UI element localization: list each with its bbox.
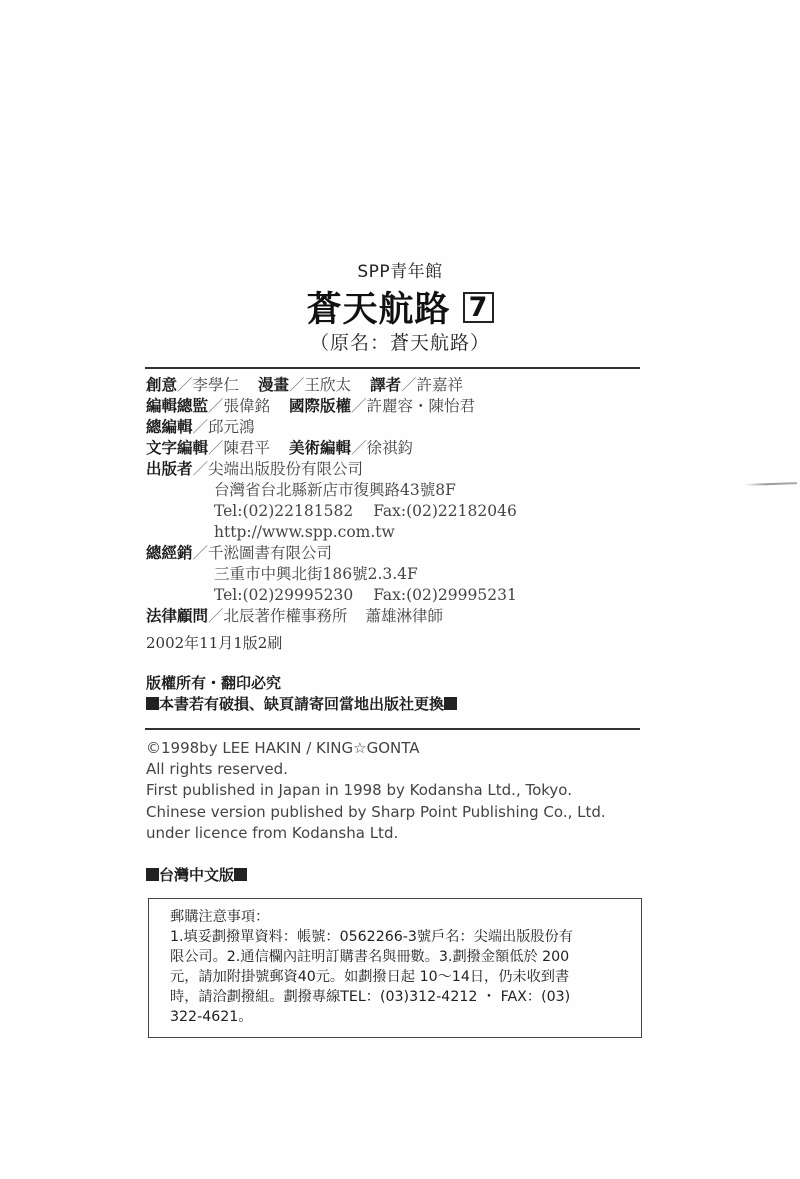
- separator: ／: [351, 439, 367, 457]
- credit-role: 美術編輯: [289, 439, 351, 457]
- separator: ／: [208, 439, 224, 457]
- rights-block: 版權所有・翻印必究 本書若有破損、缺頁請寄回當地出版社更換: [146, 673, 457, 715]
- credit-role: 譯者: [370, 376, 401, 394]
- credit-role: 漫畫: [258, 376, 289, 394]
- mail-order-line: 時，請洽劃撥組。劃撥專線TEL：(03)312-4212 ・ FAX：(03): [170, 987, 627, 1007]
- black-square-icon: [146, 868, 159, 881]
- distributor-row: 總經銷／千淞圖書有限公司: [146, 543, 517, 564]
- legal-firm: 北辰著作權事務所: [224, 607, 348, 625]
- mail-order-line: 元，請加附掛號郵資40元。如劃撥日起 10～14日，仍未收到書: [170, 967, 627, 987]
- distributor-name: 千淞圖書有限公司: [208, 544, 332, 562]
- distributor-address-row: 三重市中興北街186號2.3.4F: [146, 564, 517, 585]
- credit-role: 文字編輯: [146, 439, 208, 457]
- publisher-url-row: http://www.spp.com.tw: [146, 522, 517, 543]
- publisher-address-row: 台灣省台北縣新店市復興路43號8F: [146, 480, 517, 501]
- credit-name: 邱元鴻: [208, 418, 255, 436]
- credit-role: 國際版權: [289, 397, 351, 415]
- credit-row: 文字編輯／陳君平 美術編輯／徐祺鈞: [146, 438, 517, 459]
- distributor-contact-row: Tel:(02)29995230Fax:(02)29995231: [146, 585, 517, 606]
- credit-row: 編輯總監／張偉銘 國際版權／許麗容・陳怡君: [146, 396, 517, 417]
- black-square-icon: [444, 697, 457, 710]
- credits-block: 創意／李學仁 漫畫／王欣太 譯者／許嘉祥 編輯總監／張偉銘 國際版權／許麗容・陳…: [146, 375, 517, 627]
- separator: ／: [401, 376, 417, 394]
- book-title: 蒼天航路: [306, 282, 450, 332]
- distributor-fax: Fax:(02)29995231: [373, 586, 517, 604]
- publisher-role: 出版者: [146, 460, 193, 478]
- imprint-label: SPP青年館: [0, 257, 800, 282]
- print-date: 2002年11月1版2刷: [146, 632, 282, 653]
- publisher-url[interactable]: http://www.spp.com.tw: [214, 523, 395, 541]
- copyright-line: Chinese version published by Sharp Point…: [146, 802, 606, 823]
- credit-name: 王欣太: [305, 376, 352, 394]
- distributor-tel: Tel:(02)29995230: [214, 586, 353, 604]
- credit-row: 創意／李學仁 漫畫／王欣太 譯者／許嘉祥: [146, 375, 517, 396]
- mail-order-notice: 郵購注意事項： 1.填妥劃撥單資料：帳號：0562266-3號戶名：尖端出版股份…: [148, 898, 642, 1038]
- mail-order-line: 限公司。2.通信欄內註明訂購書名與冊數。3.劃撥金額低於 200: [170, 947, 627, 967]
- volume-badge: 7: [463, 292, 494, 323]
- publisher-tel: Tel:(02)22181582: [214, 502, 353, 520]
- edition-text: 台灣中文版: [159, 866, 234, 884]
- return-notice-text: 本書若有破損、缺頁請寄回當地出版社更換: [159, 695, 444, 713]
- black-square-icon: [146, 697, 159, 710]
- credit-role: 編輯總監: [146, 397, 208, 415]
- distributor-address: 三重市中興北街186號2.3.4F: [214, 565, 418, 583]
- copyright-line: All rights reserved.: [146, 759, 606, 780]
- credit-role: 創意: [146, 376, 177, 394]
- title-row: 蒼天航路 7: [0, 282, 800, 332]
- return-notice: 本書若有破損、缺頁請寄回當地出版社更換: [146, 694, 457, 715]
- scan-artifact: [745, 482, 797, 486]
- separator: ／: [289, 376, 305, 394]
- rights-line: 版權所有・翻印必究: [146, 673, 457, 694]
- credit-name: 徐祺鈞: [367, 439, 414, 457]
- copyright-line: First published in Japan in 1998 by Koda…: [146, 780, 606, 801]
- separator: ／: [208, 607, 224, 625]
- legal-role: 法律顧問: [146, 607, 208, 625]
- mail-order-line: 322-4621。: [170, 1007, 627, 1027]
- original-title: （原名：蒼天航路）: [0, 328, 800, 355]
- credit-name: 李學仁: [193, 376, 240, 394]
- separator: ／: [351, 397, 367, 415]
- credit-role: 總編輯: [146, 418, 193, 436]
- middle-divider: [145, 728, 640, 730]
- separator: ／: [193, 418, 209, 436]
- top-divider: [145, 367, 640, 369]
- mail-order-heading: 郵購注意事項：: [170, 907, 627, 927]
- publisher-address: 台灣省台北縣新店市復興路43號8F: [214, 481, 456, 499]
- credit-name: 陳君平: [224, 439, 271, 457]
- separator: ／: [193, 544, 209, 562]
- mail-order-line: 1.填妥劃撥單資料：帳號：0562266-3號戶名：尖端出版股份有: [170, 927, 627, 947]
- credit-name: 許麗容・陳怡君: [367, 397, 476, 415]
- copyright-line: ©1998by LEE HAKIN / KING☆GONTA: [146, 738, 606, 759]
- separator: ／: [208, 397, 224, 415]
- publisher-name: 尖端出版股份有限公司: [208, 460, 363, 478]
- publisher-row: 出版者／尖端出版股份有限公司: [146, 459, 517, 480]
- separator: ／: [193, 460, 209, 478]
- legal-lawyer: 蕭雄淋律師: [366, 607, 444, 625]
- distributor-role: 總經銷: [146, 544, 193, 562]
- credit-name: 許嘉祥: [417, 376, 464, 394]
- copyright-line: under licence from Kodansha Ltd.: [146, 823, 606, 844]
- publisher-fax: Fax:(02)22182046: [373, 502, 517, 520]
- english-copyright: ©1998by LEE HAKIN / KING☆GONTA All right…: [146, 738, 606, 844]
- publisher-contact-row: Tel:(02)22181582Fax:(02)22182046: [146, 501, 517, 522]
- edition-label: 台灣中文版: [146, 864, 247, 885]
- credit-name: 張偉銘: [224, 397, 271, 415]
- credit-row: 總編輯／邱元鴻: [146, 417, 517, 438]
- separator: ／: [177, 376, 193, 394]
- black-square-icon: [234, 868, 247, 881]
- legal-row: 法律顧問／北辰著作權事務所蕭雄淋律師: [146, 606, 517, 627]
